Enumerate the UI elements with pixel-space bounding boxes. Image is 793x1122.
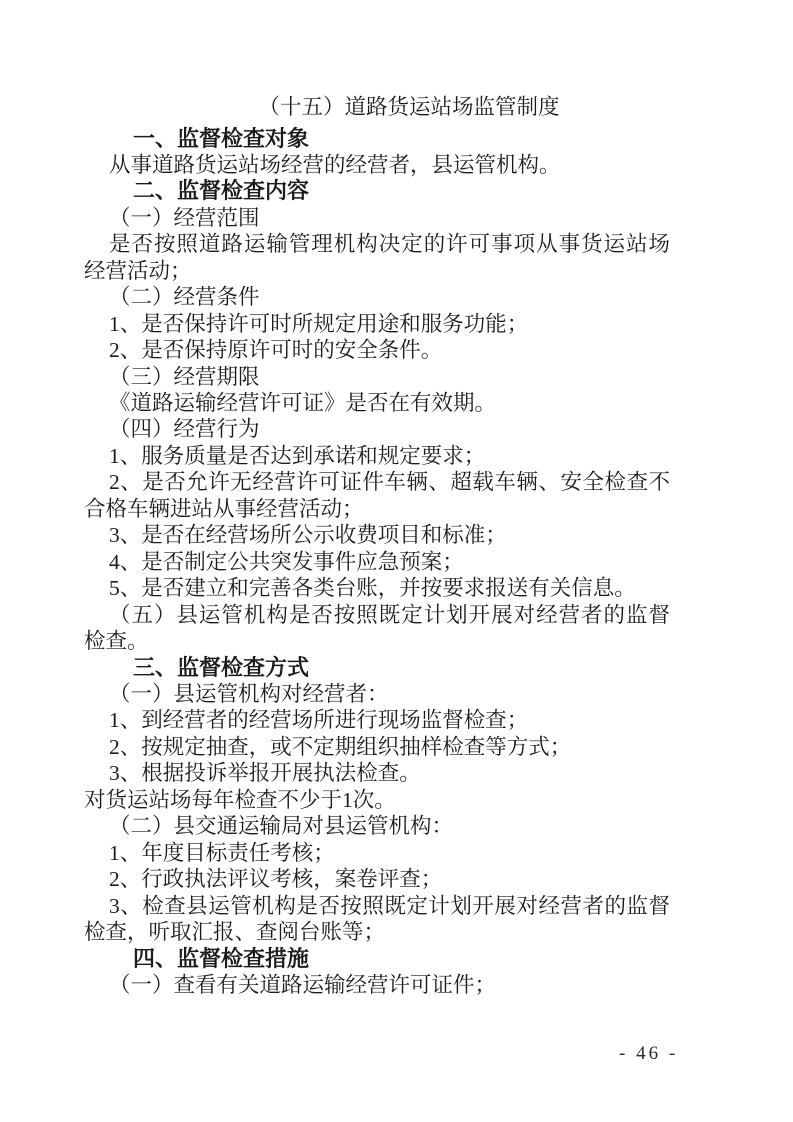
text-line: 3、是否在经营场所公示收费项目和标准； (84, 522, 670, 548)
text-line: 一、监督检查对象 (84, 126, 670, 152)
text-line: 4、是否制定公共突发事件应急预案； (84, 549, 670, 575)
text-line: 3、根据投诉举报开展执法检查。 (84, 760, 670, 786)
text-line: （一）查看有关道路运输经营许可证件； (84, 972, 670, 998)
text-line: 从事道路货运站场经营的经营者，县运管机构。 (84, 152, 670, 178)
text-line: 2、行政执法评议考核，案卷评查； (84, 866, 670, 892)
text-line: 对货运站场每年检查不少于1次。 (84, 787, 670, 813)
text-line: 5、是否建立和完善各类台账，并按要求报送有关信息。 (84, 575, 670, 601)
text-line: 三、监督检查方式 (84, 655, 670, 681)
document-page: （十五）道路货运站场监管制度 一、监督检查对象从事道路货运站场经营的经营者，县运… (0, 0, 793, 1122)
text-line: （四）经营行为 (84, 416, 670, 442)
text-line: 1、是否保持许可时所规定用途和服务功能； (84, 311, 670, 337)
document-content: （十五）道路货运站场监管制度 一、监督检查对象从事道路货运站场经营的经营者，县运… (84, 94, 670, 998)
text-line: （一）经营范围 (84, 205, 670, 231)
text-line: 1、年度目标责任考核； (84, 840, 670, 866)
text-line: 2、是否允许无经营许可证件车辆、超载车辆、安全检查不 (84, 469, 670, 495)
text-line: （一）县运管机构对经营者： (84, 681, 670, 707)
text-line: 3、检查县运管机构是否按照既定计划开展对经营者的监督 (84, 893, 670, 919)
page-number: - 46 - (619, 1044, 678, 1064)
text-line: 检查。 (84, 628, 670, 654)
text-line: 经营活动； (84, 258, 670, 284)
text-line: 合格车辆进站从事经营活动； (84, 496, 670, 522)
text-line: 2、是否保持原许可时的安全条件。 (84, 337, 670, 363)
text-line: 2、按规定抽查，或不定期组织抽样检查等方式； (84, 734, 670, 760)
text-line: （二）县交通运输局对县运管机构： (84, 813, 670, 839)
text-line: 《道路运输经营许可证》是否在有效期。 (84, 390, 670, 416)
text-line: （三）经营期限 (84, 364, 670, 390)
text-line: 1、到经营者的经营场所进行现场监督检查； (84, 707, 670, 733)
text-line: 是否按照道路运输管理机构决定的许可事项从事货运站场 (84, 231, 670, 257)
text-line: 1、服务质量是否达到承诺和规定要求； (84, 443, 670, 469)
section-title: （十五）道路货运站场监管制度 (84, 94, 670, 121)
text-line: 四、监督检查措施 (84, 946, 670, 972)
text-line: 二、监督检查内容 (84, 178, 670, 204)
document-body: 一、监督检查对象从事道路货运站场经营的经营者，县运管机构。二、监督检查内容（一）… (84, 126, 670, 999)
text-line: （二）经营条件 (84, 284, 670, 310)
text-line: （五）县运管机构是否按照既定计划开展对经营者的监督 (84, 602, 670, 628)
text-line: 检查，听取汇报、查阅台账等； (84, 919, 670, 945)
